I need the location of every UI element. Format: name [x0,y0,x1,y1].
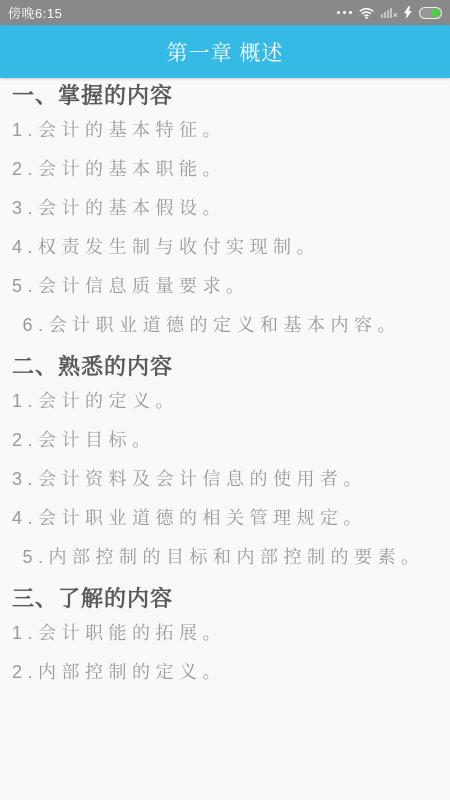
list-item: 3.会计的基本假设。 [12,196,438,220]
status-bar: 傍晚6:15 × [0,0,450,25]
screen: 傍晚6:15 × 第一章 概述 一、掌握的内容 [0,0,450,800]
page-title: 第一章 概述 [167,37,284,67]
list-item: 1.会计职能的拓展。 [12,621,438,645]
list-item: 4.权责发生制与收付实现制。 [12,235,438,259]
section-items: 1.会计的基本特征。2.会计的基本职能。3.会计的基本假设。4.权责发生制与收付… [12,118,438,337]
app-header: 第一章 概述 [0,25,450,78]
no-service-x: × [393,11,398,20]
wifi-icon [359,7,374,19]
status-time: 傍晚6:15 [8,3,62,22]
content-sections: 一、掌握的内容 1.会计的基本特征。2.会计的基本职能。3.会计的基本假设。4.… [12,82,438,684]
list-item: 1.会计的基本特征。 [12,118,438,142]
battery-charging-icon [419,7,442,19]
signal-no-service-icon: × [381,7,397,18]
list-item: 1.会计的定义。 [12,389,438,413]
content-section: 一、掌握的内容 1.会计的基本特征。2.会计的基本职能。3.会计的基本假设。4.… [12,82,438,337]
content-section: 三、了解的内容 1.会计职能的拓展。2.内部控制的定义。 [12,585,438,684]
content-scroll[interactable]: 一、掌握的内容 1.会计的基本特征。2.会计的基本职能。3.会计的基本假设。4.… [0,78,450,800]
list-item: 2.内部控制的定义。 [12,660,438,684]
content-section: 二、熟悉的内容 1.会计的定义。2.会计目标。3.会计资料及会计信息的使用者。4… [12,353,438,569]
charging-bolt-icon [404,6,412,19]
section-heading: 三、了解的内容 [12,585,438,613]
list-item: 5.内部控制的目标和内部控制的要素。 [12,545,438,569]
more-dots-icon [337,11,352,14]
list-item: 2.会计的基本职能。 [12,157,438,181]
list-item: 5.会计信息质量要求。 [12,274,438,298]
list-item: 6.会计职业道德的定义和基本内容。 [12,313,438,337]
status-icons: × [337,0,442,25]
section-heading: 一、掌握的内容 [12,82,438,110]
list-item: 2.会计目标。 [12,428,438,452]
list-item: 3.会计资料及会计信息的使用者。 [12,467,438,491]
list-item: 4.会计职业道德的相关管理规定。 [12,506,438,530]
section-items: 1.会计的定义。2.会计目标。3.会计资料及会计信息的使用者。4.会计职业道德的… [12,389,438,569]
section-items: 1.会计职能的拓展。2.内部控制的定义。 [12,621,438,684]
section-heading: 二、熟悉的内容 [12,353,438,381]
battery-fill [431,9,440,17]
